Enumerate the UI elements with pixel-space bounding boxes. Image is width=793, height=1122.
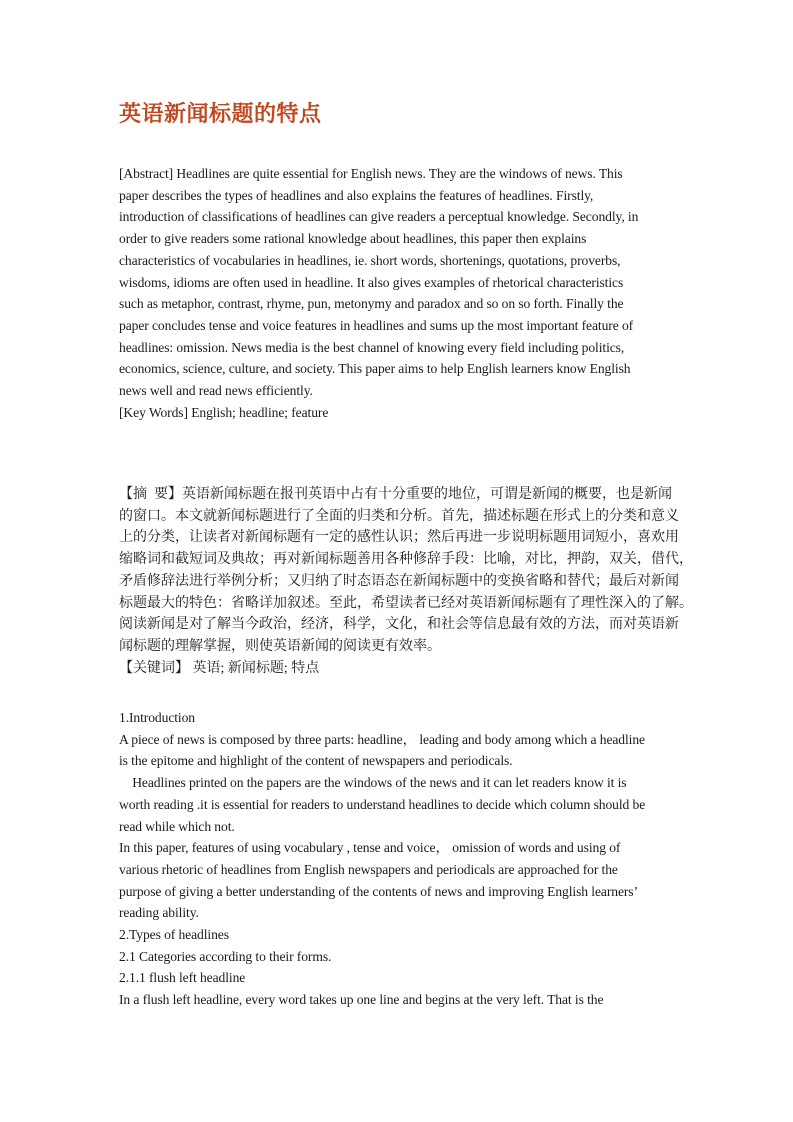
document-page: 英语新闻标题的特点 [Abstract] Headlines are quite… — [0, 0, 793, 1122]
page-title: 英语新闻标题的特点 — [119, 96, 322, 132]
introduction-body-text: 1.Introduction A piece of news is compos… — [119, 707, 645, 1011]
english-abstract-paragraph: [Abstract] Headlines are quite essential… — [119, 163, 638, 423]
chinese-abstract-paragraph: 【摘 要】英语新闻标题在报刊英语中占有十分重要的地位，可谓是新闻的概要，也是新闻… — [119, 484, 693, 679]
